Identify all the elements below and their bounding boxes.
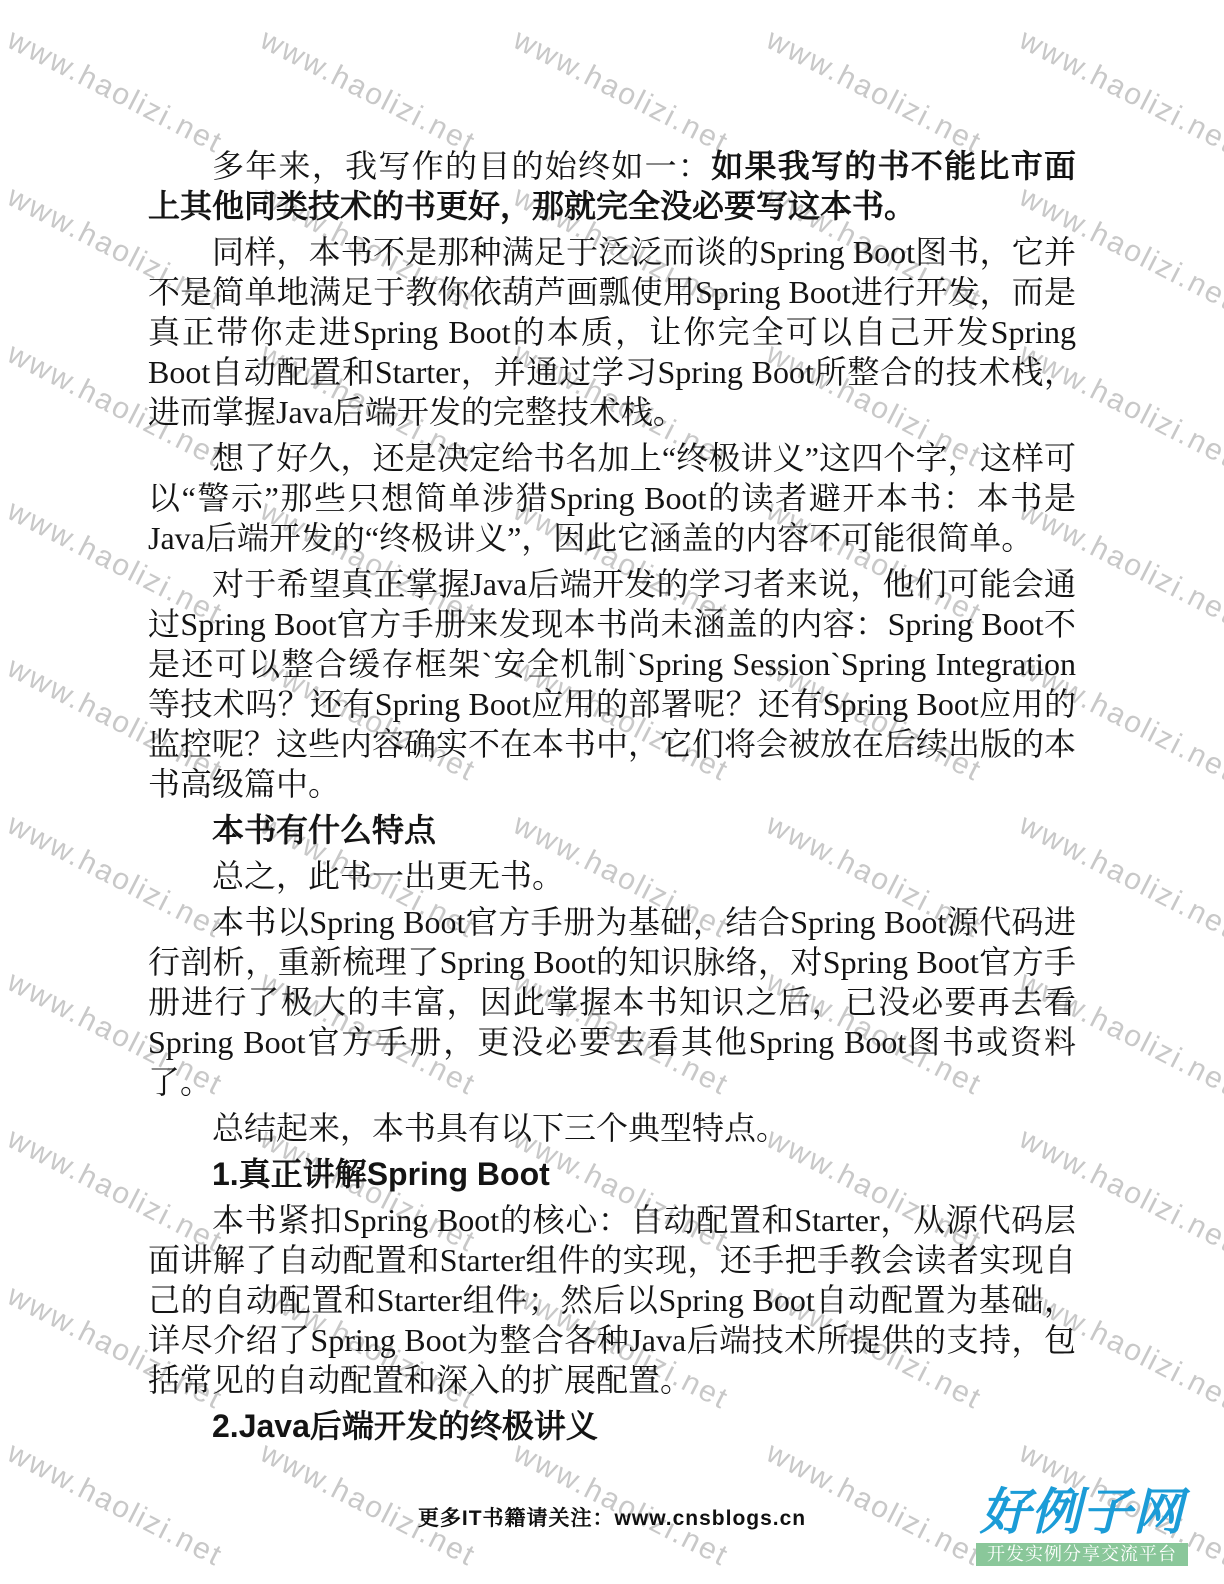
heading-book-features: 本书有什么特点 bbox=[148, 810, 1076, 850]
watermark-text: www.haolizi.net bbox=[255, 23, 481, 161]
page-content: 多年来，我写作的目的始终如一：如果我写的书不能比市面上其他同类技术的书更好，那就… bbox=[148, 146, 1076, 1452]
watermark-text: www.haolizi.net bbox=[761, 23, 987, 161]
heading-feature-1: 1.真正讲解Spring Boot bbox=[148, 1154, 1076, 1194]
paragraph-not-covered: 对于希望真正掌握Java后端开发的学习者来说，他们可能会通过Spring Boo… bbox=[148, 564, 1076, 804]
book-page: www.haolizi.netwww.haolizi.netwww.haoliz… bbox=[0, 0, 1224, 1584]
watermark-text: www.haolizi.net bbox=[2, 23, 228, 161]
site-logo-subtitle: 开发实例分享交流平台 bbox=[976, 1543, 1188, 1566]
paragraph-summary-short: 总之，此书一出更无书。 bbox=[148, 856, 1076, 896]
watermark-text: www.haolizi.net bbox=[1014, 23, 1224, 161]
watermark-text: www.haolizi.net bbox=[508, 23, 734, 161]
site-logo-title: 好例子网 bbox=[976, 1484, 1188, 1540]
heading-feature-2: 2.Java后端开发的终极讲义 bbox=[148, 1406, 1076, 1446]
paragraph-three-features: 总结起来，本书具有以下三个典型特点。 bbox=[148, 1108, 1076, 1148]
paragraph-book-title-reason: 想了好久，还是决定给书名加上“终极讲义”这四个字，这样可以“警示”那些只想简单涉… bbox=[148, 438, 1076, 558]
paragraph-feature-1-detail: 本书紧扣Spring Boot的核心：自动配置和Starter，从源代码层面讲解… bbox=[148, 1200, 1076, 1400]
paragraph-based-on-manual: 本书以Spring Boot官方手册为基础，结合Spring Boot源代码进行… bbox=[148, 902, 1076, 1102]
paragraph-writing-goal-lead: 多年来，我写作的目的始终如一： bbox=[212, 148, 711, 184]
paragraph-book-essence: 同样，本书不是那种满足于泛泛而谈的Spring Boot图书，它并不是简单地满足… bbox=[148, 232, 1076, 432]
site-logo: 好例子网 开发实例分享交流平台 bbox=[976, 1484, 1188, 1566]
paragraph-writing-goal: 多年来，我写作的目的始终如一：如果我写的书不能比市面上其他同类技术的书更好，那就… bbox=[148, 146, 1076, 226]
